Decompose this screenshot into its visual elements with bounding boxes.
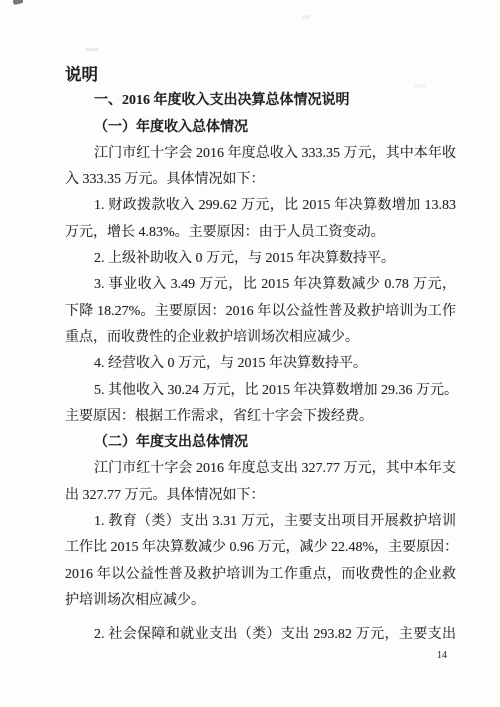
section-heading-1: 一、2016 年度收入支出决算总体情况说明 <box>65 88 456 114</box>
text-line: 2. 上级补助收入 0 万元，与 2015 年决算数持平。 <box>65 246 456 272</box>
scan-artifact <box>302 15 310 19</box>
text-line: 1. 财政拨款收入 299.62 万元，比 2015 年决算数增加 13.83 <box>65 193 456 219</box>
document-page: 说明 一、2016 年度收入支出决算总体情况说明 （一）年度收入总体情况 江门市… <box>0 0 500 707</box>
text-line: 工作比 2015 年决算数减少 0.96 万元，减少 22.48%，主要原因： <box>65 535 456 561</box>
subsection-heading-1: （一）年度收入总体情况 <box>65 115 456 141</box>
text-line: 江门市红十字会 2016 年度总收入 333.35 万元，其中本年收 <box>65 141 456 167</box>
doc-title: 说明 <box>65 62 456 88</box>
page-number: 14 <box>431 650 453 661</box>
subsection-heading-2: （二）年度支出总体情况 <box>65 430 456 456</box>
scan-artifact <box>13 0 24 5</box>
text-line: 4. 经营收入 0 万元，与 2015 年决算数持平。 <box>65 351 456 377</box>
text-line: 出 327.77 万元。具体情况如下： <box>65 483 456 509</box>
document-text: 说明 一、2016 年度收入支出决算总体情况说明 （一）年度收入总体情况 江门市… <box>65 62 456 649</box>
text-line: 5. 其他收入 30.24 万元，比 2015 年决算数增加 29.36 万元。 <box>65 378 456 404</box>
text-line: 重点，而收费性的企业救护培训场次相应减少。 <box>65 325 456 351</box>
text-line: 护培训场次相应减少。 <box>65 588 456 614</box>
text-line: 主要原因：根据工作需求，省红十字会下拨经费。 <box>65 404 456 430</box>
text-line: 2016 年以公益性普及救护培训为工作重点，而收费性的企业救 <box>65 562 456 588</box>
text-line: 江门市红十字会 2016 年度总支出 327.77 万元，其中本年支 <box>65 456 456 482</box>
text-line: 万元，增长 4.83%。主要原因：由于人员工资变动。 <box>65 220 456 246</box>
text-line: 下降 18.27%。主要原因：2016 年以公益性普及救护培训为工作 <box>65 299 456 325</box>
text-line: 1. 教育（类）支出 3.31 万元，主要支出项目开展救护培训 <box>65 509 456 535</box>
text-line: 2. 社会保障和就业支出（类）支出 293.82 万元，主要支出 <box>65 622 456 648</box>
text-line: 入 333.35 万元。具体情况如下： <box>65 167 456 193</box>
scan-artifact <box>85 48 99 51</box>
text-line: 3. 事业收入 3.49 万元，比 2015 年决算数减少 0.78 万元， <box>65 272 456 298</box>
